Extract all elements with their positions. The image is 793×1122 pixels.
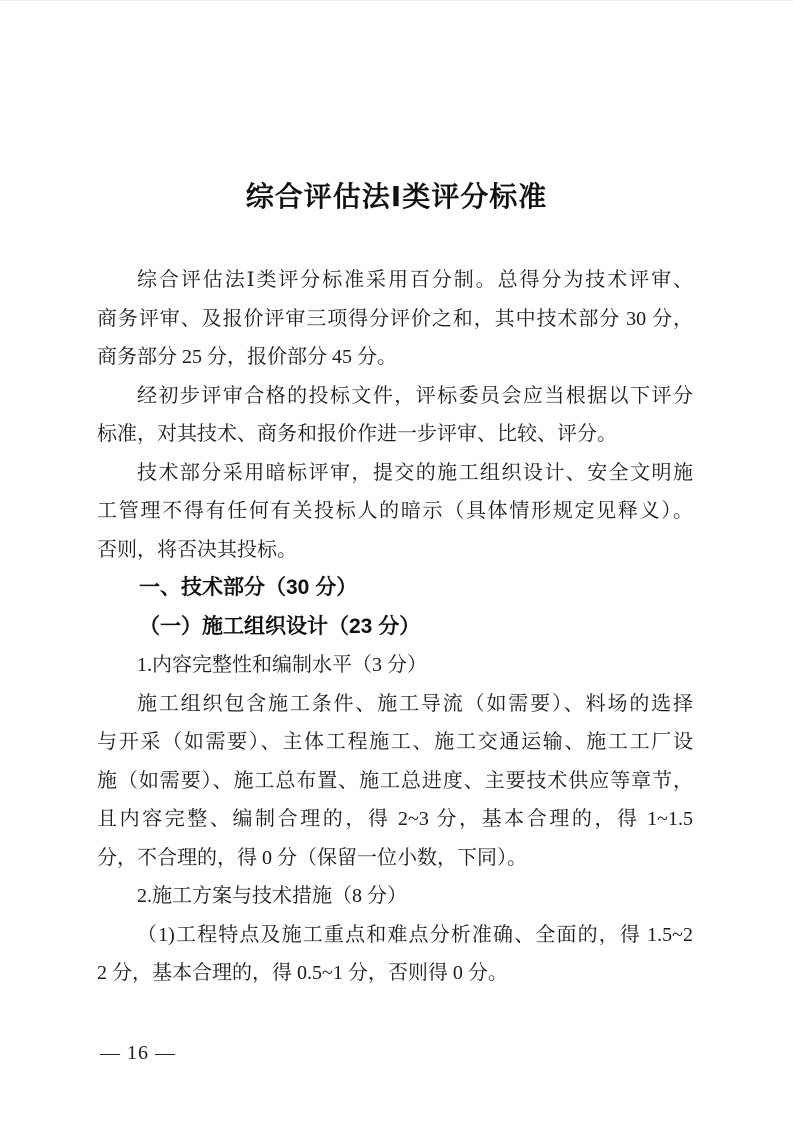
page-top-edge-line	[0, 0, 793, 1]
body-line: 工管理不得有任何有关投标人的暗示（具体情形规定见释义）。	[97, 492, 693, 531]
body-line: 否则，将否决其投标。	[97, 531, 693, 570]
body-line: 分，不合理的，得 0 分（保留一位小数，下同）。	[97, 839, 693, 878]
body-line: 2 分，基本合理的，得 0.5~1 分，否则得 0 分。	[97, 954, 693, 993]
body-line: 与开采（如需要）、主体工程施工、施工交通运输、施工工厂设	[97, 723, 693, 762]
subitem-heading: 1.内容完整性和编制水平（3 分）	[97, 646, 693, 685]
body-line: 综合评估法Ⅰ类评分标准采用百分制。总得分为技术评审、	[97, 261, 693, 300]
body-line: 施（如需要）、施工总布置、施工总进度、主要技术供应等章节，	[97, 762, 693, 801]
document-page: 综合评估法Ⅰ类评分标准 综合评估法Ⅰ类评分标准采用百分制。总得分为技术评审、 商…	[0, 0, 793, 1122]
footer-page-number: — 16 —	[100, 1041, 176, 1065]
document-body: 综合评估法Ⅰ类评分标准采用百分制。总得分为技术评审、 商务评审、及报价评审三项得…	[97, 261, 693, 993]
body-line: 经初步评审合格的投标文件，评标委员会应当根据以下评分	[97, 377, 693, 416]
body-line: 且内容完整、编制合理的，得 2~3 分，基本合理的，得 1~1.5	[97, 800, 693, 839]
section-heading-technical: 一、技术部分（30 分）	[97, 569, 693, 608]
document-title: 综合评估法Ⅰ类评分标准	[0, 181, 793, 213]
subitem-heading: 2.施工方案与技术措施（8 分）	[97, 877, 693, 916]
body-line: 商务评审、及报价评审三项得分评价之和，其中技术部分 30 分，	[97, 300, 693, 339]
body-line: （1)工程特点及施工重点和难点分析准确、全面的，得 1.5~2	[97, 916, 693, 955]
body-line: 标准，对其技术、商务和报价作进一步评审、比较、评分。	[97, 415, 693, 454]
section-heading-construction-design: （一）施工组织设计（23 分）	[97, 608, 693, 647]
body-line: 技术部分采用暗标评审，提交的施工组织设计、安全文明施	[97, 454, 693, 493]
body-line: 施工组织包含施工条件、施工导流（如需要）、料场的选择	[97, 685, 693, 724]
body-line: 商务部分 25 分，报价部分 45 分。	[97, 338, 693, 377]
